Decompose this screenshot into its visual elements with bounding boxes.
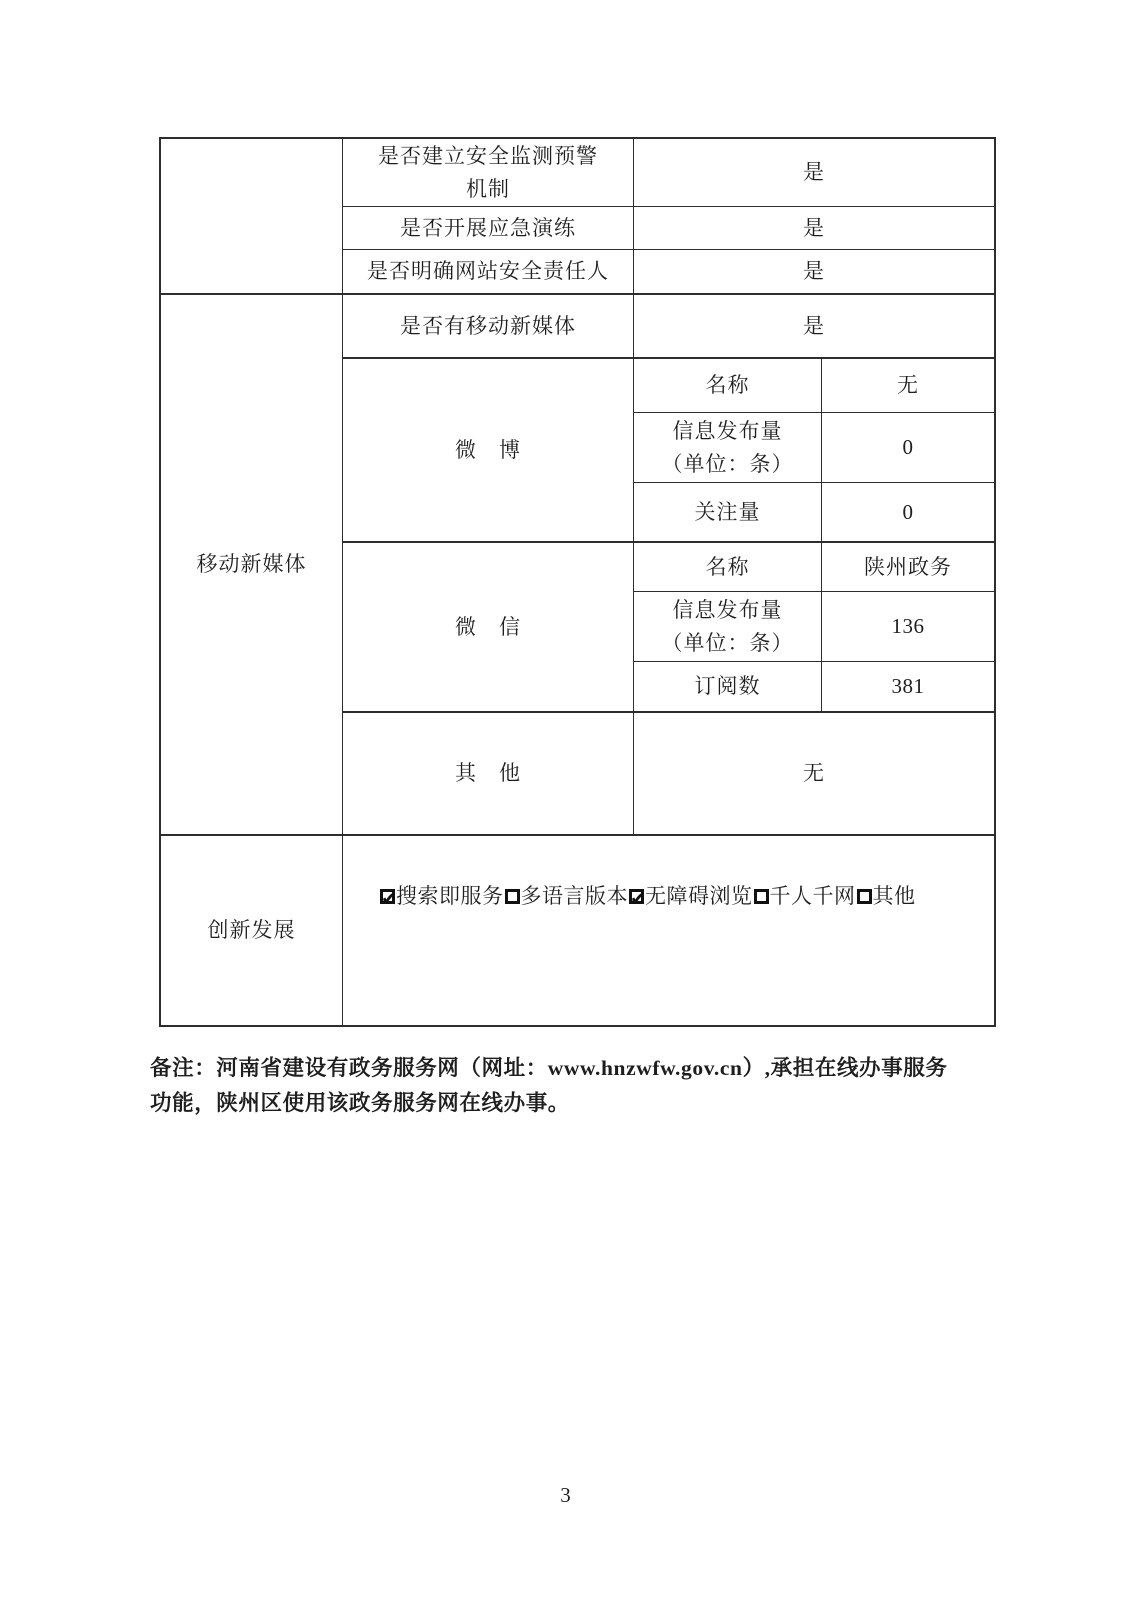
row-label-security-officer: 是否明确网站安全责任人 [343,250,634,295]
row-value-monitor-warning: 是 [634,139,994,207]
innovation-option-label: 搜索即服务 [396,880,504,913]
remark-note: 备注：河南省建设有政务服务网（网址：www.hnzwfw.gov.cn）,承担在… [150,1051,982,1121]
row-value-other-media: 无 [634,713,994,836]
document-page: { "colors": { "ink": "#1e1e1e" }, "table… [0,0,1131,1600]
row-label-emergency-drill: 是否开展应急演练 [343,207,634,250]
section-header-mobile-media: 移动新媒体 [161,295,343,836]
wechat-posts-value: 136 [822,592,994,662]
innovation-option-multilang: 多语言版本 [504,880,629,913]
wechat-subscribers-label: 订阅数 [634,662,822,713]
empty-section-header-cell [161,139,343,295]
weibo-followers-label: 关注量 [634,483,822,543]
innovation-option-label: 无障碍浏览 [645,880,753,913]
weibo-name-value: 无 [822,359,994,413]
checkbox-unchecked-icon [505,889,520,904]
wechat-name-value: 陕州政务 [822,543,994,592]
weibo-name-label: 名称 [634,359,822,413]
weibo-posts-label: 信息发布量 （单位：条） [634,413,822,483]
row-value-has-mobile-media: 是 [634,295,994,359]
group-label-wechat: 微 信 [343,543,634,713]
wechat-posts-label: 信息发布量 （单位：条） [634,592,822,662]
innovation-option-label: 多语言版本 [521,880,629,913]
innovation-option-label: 千人千网 [770,880,856,913]
innovation-option-accessibility: 无障碍浏览 [628,880,753,913]
report-table: 是否建立安全监测预警 机制 是 是否开展应急演练 是 是否明确网站安全责任人 是… [159,137,996,1027]
wechat-subscribers-value: 381 [822,662,994,713]
innovation-option-search: 搜索即服务 [379,880,504,913]
row-value-security-officer: 是 [634,250,994,295]
group-label-weibo: 微 博 [343,359,634,543]
innovation-option-personalized: 千人千网 [753,880,856,913]
page-number: 3 [0,1483,1131,1508]
checkbox-checked-icon [380,889,395,904]
row-label-has-mobile-media: 是否有移动新媒体 [343,295,634,359]
section-header-innovation: 创新发展 [161,836,343,1025]
innovation-options-line: 搜索即服务 多语言版本 无障碍浏览 千人千网 其他 [379,880,916,913]
wechat-name-label: 名称 [634,543,822,592]
innovation-option-label: 其他 [873,880,916,913]
weibo-followers-value: 0 [822,483,994,543]
checkbox-unchecked-icon [857,889,872,904]
innovation-options-cell: 搜索即服务 多语言版本 无障碍浏览 千人千网 其他 [343,836,994,1025]
row-label-other-media: 其 他 [343,713,634,836]
weibo-posts-value: 0 [822,413,994,483]
checkbox-checked-icon [629,889,644,904]
row-value-emergency-drill: 是 [634,207,994,250]
row-label-monitor-warning: 是否建立安全监测预警 机制 [343,139,634,207]
checkbox-unchecked-icon [754,889,769,904]
innovation-option-other: 其他 [856,880,916,913]
